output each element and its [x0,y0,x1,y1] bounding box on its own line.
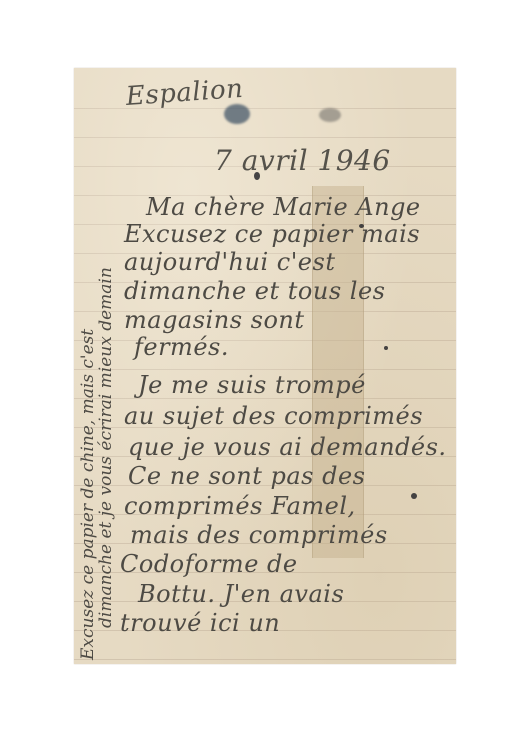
ink-spot [411,493,417,499]
body-line: Bottu. J'en avais [138,580,344,609]
body-line: comprimés Famel, [124,492,356,521]
margin-note-outer: Excusez ce papier de chine, mais c'est [78,329,98,660]
place-heading: Espalion [125,74,244,112]
salutation: Ma chère Marie Ange [146,193,421,222]
body-line: mais des comprimés [130,521,388,550]
letter-date: 7 avril 1946 [214,144,391,177]
margin-note-inner: dimanche et je vous écrirai mieux demain [96,267,116,628]
ink-spot [384,346,388,350]
body-line: magasins sont [124,306,305,335]
ink-stain [224,104,250,124]
body-line: dimanche et tous les [124,277,385,306]
body-line: fermés. [134,333,229,362]
body-line: que je vous ai demandés. [128,433,447,462]
body-line: Ce ne sont pas des [128,462,365,491]
body-line: au sujet des comprimés [124,402,423,431]
letter-paper: Espalion 7 avril 1946 Ma chère Marie Ang… [74,68,456,664]
body-line: Codoforme de [120,550,298,579]
body-line: trouvé ici un [120,609,280,638]
ink-stain [319,108,341,122]
body-line: Excusez ce papier mais [124,220,420,249]
body-line: aujourd'hui c'est [124,248,335,277]
body-line: Je me suis trompé [138,371,366,400]
